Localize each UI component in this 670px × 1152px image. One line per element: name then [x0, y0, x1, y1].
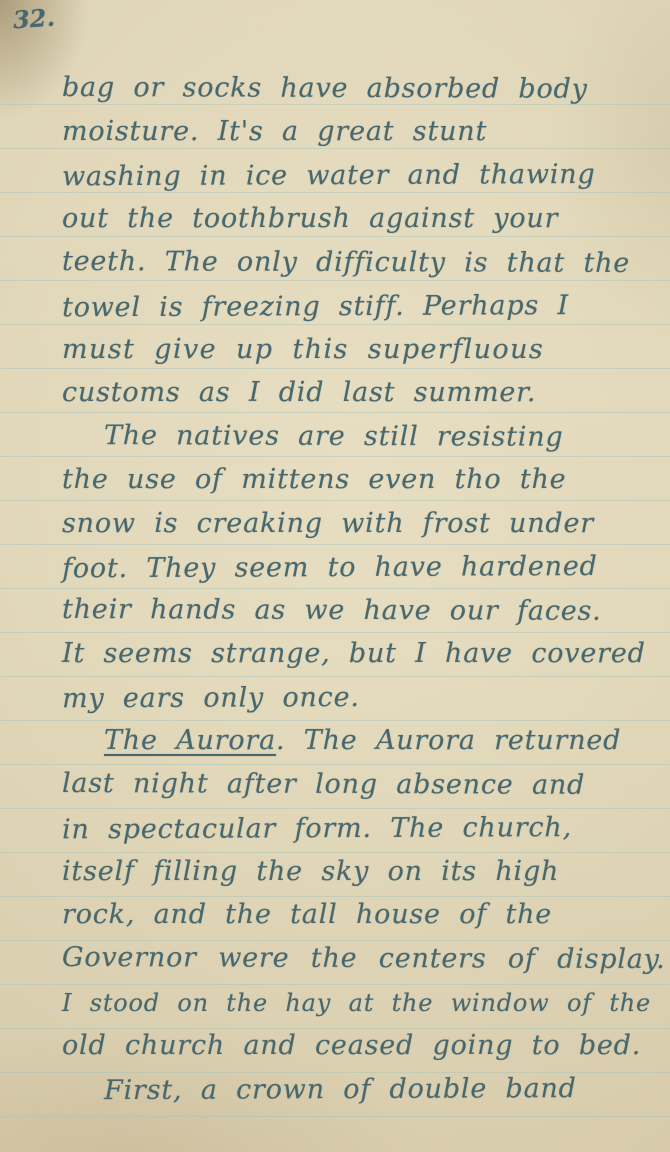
- notebook-page: 32. bag or socks have absorbed body mois…: [0, 0, 670, 1152]
- handwritten-line: old church and ceased going to bed.: [62, 1017, 658, 1061]
- line-text: last night after long absence and: [62, 767, 585, 800]
- line-text: washing in ice water and thawing: [62, 158, 596, 191]
- line-text: Governor were the centers of display.: [62, 941, 666, 974]
- line-text: itself filling the sky on its high: [62, 856, 559, 887]
- line-text: their hands as we have our faces.: [62, 593, 602, 626]
- handwritten-line: in spectacular form. The church,: [62, 798, 658, 844]
- handwritten-line: I stood on the hay at the window of the: [62, 974, 658, 1018]
- line-text: I stood on the hay at the window of the: [62, 989, 651, 1017]
- handwritten-line: out the toothbrush against your: [62, 191, 658, 235]
- line-text: The natives are still resisting: [104, 420, 564, 453]
- line-text: customs as I did last summer.: [62, 377, 536, 408]
- handwritten-line: the use of mittens even tho the: [62, 452, 658, 496]
- handwritten-line: itself filling the sky on its high: [62, 843, 658, 887]
- line-text: rock, and the tall house of the: [62, 899, 552, 930]
- handwritten-line: must give up this superfluous: [62, 321, 658, 365]
- handwritten-line: their hands as we have our faces.: [62, 581, 658, 627]
- handwritten-line: snow is creaking with frost under: [62, 495, 658, 539]
- line-text: old church and ceased going to bed.: [62, 1030, 641, 1061]
- handwritten-line-paragraph-start: The natives are still resisting: [62, 407, 658, 453]
- line-text: foot. They seem to have hardened: [62, 550, 598, 583]
- handwritten-line: washing in ice water and thawing: [62, 146, 658, 192]
- line-text: First, a crown of double band: [104, 1072, 577, 1105]
- handwritten-line: my ears only once.: [62, 668, 658, 714]
- handwritten-line: It seems strange, but I have covered: [62, 626, 658, 670]
- line-text: the use of mittens even tho the: [62, 464, 566, 495]
- line-text: towel is freezing stiff. Perhaps I: [62, 289, 569, 322]
- handwritten-line: towel is freezing stiff. Perhaps I: [62, 276, 658, 322]
- page-number: 32.: [12, 3, 56, 35]
- handwritten-line: teeth. The only difficulty is that the: [62, 233, 658, 279]
- handwritten-line: last night after long absence and: [62, 755, 658, 801]
- line-text: in spectacular form. The church,: [62, 811, 572, 844]
- handwritten-line: moisture. It's a great stunt: [62, 104, 658, 148]
- handwritten-line: customs as I did last summer.: [62, 365, 658, 409]
- line-text: . The Aurora returned: [276, 725, 621, 756]
- handwritten-line-aurora-heading: The Aurora. The Aurora returned: [62, 713, 658, 757]
- underlined-heading: The Aurora: [104, 725, 276, 756]
- handwritten-line: Governor were the centers of display.: [62, 929, 658, 975]
- handwritten-line-paragraph-start: First, a crown of double band: [62, 1059, 658, 1105]
- handwritten-line: bag or socks have absorbed body: [62, 59, 658, 105]
- handwritten-line: rock, and the tall house of the: [62, 887, 658, 931]
- handwritten-text-block: bag or socks have absorbed body moisture…: [62, 60, 658, 1104]
- line-text: moisture. It's a great stunt: [62, 116, 487, 147]
- line-text: must give up this superfluous: [62, 334, 544, 365]
- line-text: out the toothbrush against your: [62, 203, 558, 234]
- line-text: my ears only once.: [62, 682, 360, 714]
- line-text: bag or socks have absorbed body: [62, 71, 588, 104]
- line-text: snow is creaking with frost under: [62, 508, 594, 539]
- handwritten-line: foot. They seem to have hardened: [62, 537, 658, 583]
- line-text: It seems strange, but I have covered: [62, 638, 646, 669]
- line-text: teeth. The only difficulty is that the: [62, 245, 630, 278]
